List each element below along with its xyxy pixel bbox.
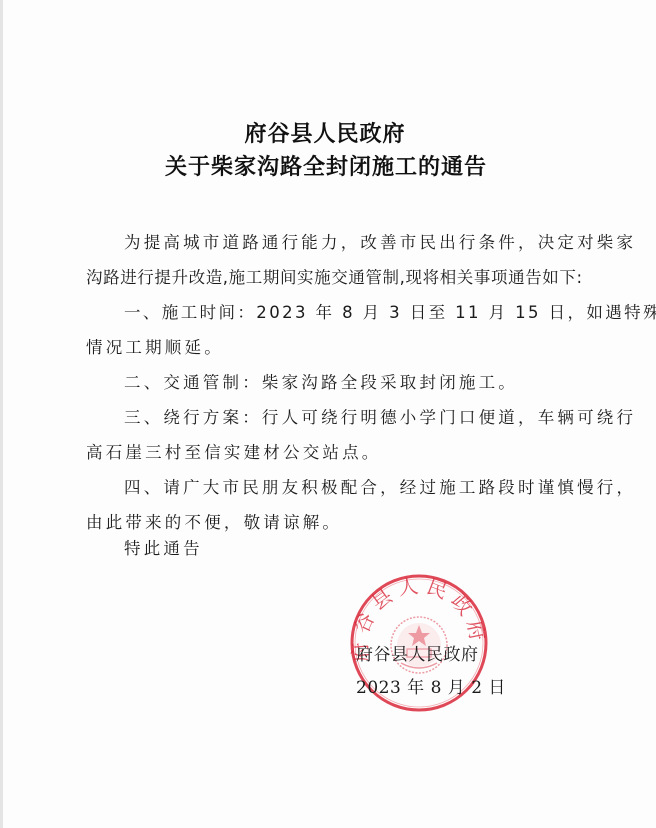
item-4-line-1: 四、请广大市民朋友积极配合，经过施工路段时谨慎慢行， [124,478,636,498]
item-2-line-1: 二、交通管制：柴家沟路全段采取封闭施工。 [124,373,518,393]
item-1-line-2: 情况工期顺延。 [86,338,224,358]
issuer-signature: 府谷县人民政府 [356,640,479,665]
item-4-line-2: 由此带来的不便，敬请谅解。 [86,513,342,533]
paragraph-intro-line-2: 沟路进行提升改造,施工期间实施交通管制,现将相关事项通告如下: [86,268,583,288]
issue-date: 2023 年 8 月 2 日 [356,673,506,698]
title-subject: 关于柴家沟路全封闭施工的通告 [0,150,654,181]
item-3-line-2: 高石崖三村至信实建材公交站点。 [86,443,382,463]
item-1-line-1: 一、施工时间：2023 年 8 月 3 日至 11 月 15 日，如遇特殊 [124,303,656,323]
title-issuer: 府谷县人民政府 [0,117,653,148]
paragraph-intro-line-1: 为提高城市道路通行能力，改善市民出行条件，决定对柴家 [124,233,636,253]
closing-text: 特此通告 [124,539,203,559]
item-3-line-1: 三、绕行方案：行人可绕行明德小学门口便道，车辆可绕行 [124,408,636,428]
